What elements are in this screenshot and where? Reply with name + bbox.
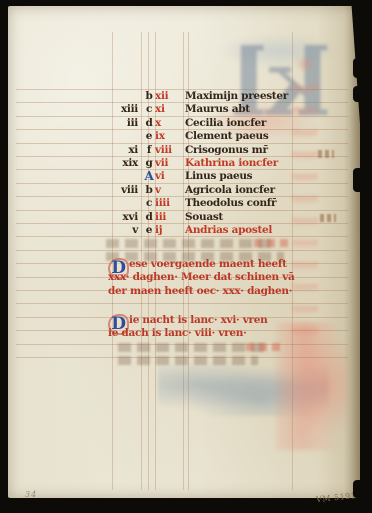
golden-number: viii xyxy=(96,184,138,197)
manuscript-photo: { "colors": { "background": "#0d0b08", "… xyxy=(0,0,372,513)
calendar-row: viiibvAgricola ioncfer xyxy=(8,184,360,198)
ruled-line-horizontal xyxy=(16,250,348,251)
calendar-row: xvidiiiSouast xyxy=(8,211,360,225)
roman-day-count: iiii xyxy=(155,197,187,210)
calendar-row: AviLinus paeus xyxy=(8,170,360,184)
saint-name: Linus paeus xyxy=(185,170,252,183)
binding-notch xyxy=(353,58,363,78)
rubric-line: xxx· daghen· Meer dat schinen vā xyxy=(108,271,352,284)
roman-day-count: iii xyxy=(155,211,187,224)
dominical-letter: c xyxy=(142,197,156,210)
margin-mark xyxy=(320,214,336,222)
rubric-paragraphs: Dese voergaende maent heeftxxx· daghen· … xyxy=(8,6,360,166)
rubric-paragraph: Die nacht is lanc· xvi· vrenie dach is l… xyxy=(108,314,352,341)
saint-name: Agricola ioncfer xyxy=(185,184,275,197)
parchment-leaf: kl bxiiMaximijn preesterxiiicxiMaurus ab… xyxy=(8,6,360,498)
text-showthrough-row xyxy=(118,356,258,365)
roman-day-count: vi xyxy=(155,170,187,183)
ruled-line-horizontal xyxy=(16,303,348,304)
roman-day-count: v xyxy=(155,184,187,197)
binding-notch xyxy=(353,86,363,102)
folio-number-pencil: 34 xyxy=(25,490,37,499)
binding-notch xyxy=(353,168,363,192)
calendar-row: veijAndrias apostel xyxy=(8,224,360,238)
golden-number: v xyxy=(96,224,138,237)
rubric-line: ie nacht is lanc· xvi· vren xyxy=(108,314,352,327)
rubric-line: der maen heeft oec· xxx· daghen· xyxy=(108,285,352,298)
saint-name: Theodolus confr̄ xyxy=(185,197,276,210)
dominical-letter: b xyxy=(142,184,156,197)
rubric-line: ese voergaende maent heeft xyxy=(108,258,352,271)
binding-notch xyxy=(353,480,363,498)
dominical-letter: A xyxy=(142,170,156,183)
rubric-paragraph: Dese voergaende maent heeftxxx· daghen· … xyxy=(108,258,352,298)
rubric-line: ie dach is lanc· viii· vren· xyxy=(108,327,352,340)
dominical-letter: d xyxy=(142,211,156,224)
dominical-letter: e xyxy=(142,224,156,237)
margin-mark xyxy=(318,150,334,158)
golden-number: xvi xyxy=(96,211,138,224)
calendar-row: ciiiiTheodolus confr̄ xyxy=(8,197,360,211)
roman-day-count: ij xyxy=(155,224,187,237)
saint-name: Souast xyxy=(185,211,223,224)
saint-name: Andrias apostel xyxy=(185,224,272,237)
red-showthrough-bit xyxy=(246,343,280,351)
